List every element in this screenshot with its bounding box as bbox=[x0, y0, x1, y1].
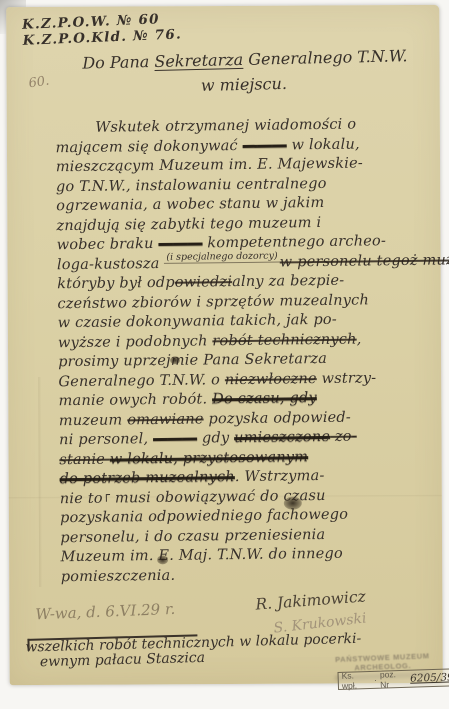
struck-text: robót technicznych bbox=[212, 331, 356, 349]
text-segment: wyższe i podobnych bbox=[58, 333, 213, 351]
ink-blot bbox=[284, 497, 302, 510]
salutation-underlined-word: Sekretarza bbox=[154, 50, 243, 71]
reference-numbers: K.Z.P.O.W. № 60 K.Z.P.O.Kld. № 76. bbox=[22, 10, 182, 48]
text-segment: , bbox=[357, 331, 362, 347]
accession-number: 6205/39 bbox=[410, 671, 449, 684]
scanned-document: K.Z.P.O.W. № 60 K.Z.P.O.Kld. № 76. 60. D… bbox=[0, 0, 449, 709]
accession-dot: · bbox=[374, 675, 377, 685]
inserted-text: (i specjalnego dozorcy) bbox=[164, 250, 279, 263]
ink-blot bbox=[170, 356, 180, 364]
text-segment: kompetentnego archeo- bbox=[202, 233, 386, 251]
text-segment: w czasie dokonywania takich, jak po- bbox=[58, 312, 337, 331]
paper-crease-vertical bbox=[38, 377, 42, 587]
text-segment: mieszczącym Muzeum im. E. Majewskie- bbox=[56, 155, 363, 175]
text-segment: alny za bezpie- bbox=[232, 273, 344, 290]
struck-text: do potrzeb muzealnych bbox=[59, 469, 234, 487]
salutation-line-1: Do Pana Sekretarza Generalnego T.N.W. bbox=[82, 46, 408, 72]
salutation-prefix: Do Pana bbox=[82, 52, 154, 73]
salutation: Do Pana Sekretarza Generalnego T.N.W. w … bbox=[82, 46, 408, 97]
text-segment: go T.N.W., instalowaniu centralnego bbox=[56, 175, 327, 194]
text-segment: nie to bbox=[60, 490, 103, 507]
struck-text: niezwłoczne bbox=[225, 371, 317, 388]
text-segment: czeństwo zbiorów i sprzętów muzealnych bbox=[57, 292, 369, 312]
text-segment: Wstrzyma- bbox=[244, 468, 324, 485]
text-segment: manie owych robót. bbox=[59, 391, 213, 409]
letter-body: Wskutek otrzymanej wiadomości omającem s… bbox=[55, 116, 449, 589]
accession-register-label: Ks. wpł. bbox=[341, 670, 371, 691]
text-segment: pozyskania odpowiedniego fachowego bbox=[60, 507, 348, 527]
struck-text: w lokalu, przystosowanym bbox=[110, 449, 309, 467]
text-segment: personelu, i do czasu przeniesienia bbox=[60, 526, 325, 545]
text-segment: pozyska odpowied- bbox=[204, 409, 352, 427]
text-segment: ogrzewania, a wobec stanu w jakim bbox=[56, 195, 324, 214]
salutation-line-2: w miejscu. bbox=[201, 71, 409, 95]
dateline: W-wa, d. 6.VI.29 r. bbox=[35, 600, 175, 624]
struck-text: omawiane bbox=[127, 411, 204, 428]
struck-text: zo- bbox=[330, 429, 357, 445]
text-segment: wobec braku bbox=[57, 236, 159, 253]
struck-text: owiedzi bbox=[175, 274, 233, 291]
text-segment: Wskutek otrzymanej wiadomości o bbox=[95, 117, 356, 136]
text-segment: ┌ bbox=[103, 487, 111, 501]
text-segment: znajdują się zabytki tego muzeum i bbox=[56, 215, 321, 234]
struck-text: ——— bbox=[158, 235, 202, 252]
struck-text: ——— bbox=[243, 137, 287, 154]
ink-blot bbox=[157, 555, 168, 564]
text-segment: prosimy uprzejmie Pana Sekretarza bbox=[58, 351, 327, 370]
text-segment: w lokalu, bbox=[287, 136, 360, 153]
handwriting-line: pomieszczenia. bbox=[61, 564, 449, 588]
text-segment: Muzeum im. E. Maj. T.N.W. do innego bbox=[60, 546, 343, 565]
accession-position-label: poz. Nr bbox=[380, 669, 408, 690]
text-segment: Generalnego T.N.W. o bbox=[58, 372, 225, 390]
text-segment: . bbox=[235, 469, 245, 485]
text-segment: pomieszczenia. bbox=[61, 567, 176, 584]
struck-text: w personelu tegoż muzeum, bbox=[280, 251, 449, 270]
text-segment: wstrzy- bbox=[317, 370, 377, 387]
text-segment: muzeum bbox=[59, 412, 128, 429]
struck-text: umieszczone bbox=[234, 429, 330, 446]
struck-text: stanie bbox=[59, 451, 110, 468]
text-segment: ni personel, bbox=[59, 431, 153, 448]
accession-stamp-box: Ks. wpł. · poz. Nr 6205/39 bbox=[337, 668, 449, 690]
text-segment: gdy bbox=[197, 430, 234, 446]
text-segment: któryby był odp bbox=[57, 275, 175, 292]
salutation-suffix: Generalnego T.N.W. bbox=[243, 46, 408, 69]
archival-margin-number: 60. bbox=[28, 74, 51, 92]
struck-text: ——— bbox=[153, 431, 197, 448]
letter-paper: K.Z.P.O.W. № 60 K.Z.P.O.Kld. № 76. 60. D… bbox=[6, 5, 443, 685]
text-segment: mającem się dokonywać bbox=[55, 137, 242, 155]
struck-text: Do czasu, gdy bbox=[212, 390, 317, 407]
signature-primary: R. Jakimowicz bbox=[255, 587, 366, 613]
text-segment: loga-kustosza bbox=[57, 255, 165, 272]
